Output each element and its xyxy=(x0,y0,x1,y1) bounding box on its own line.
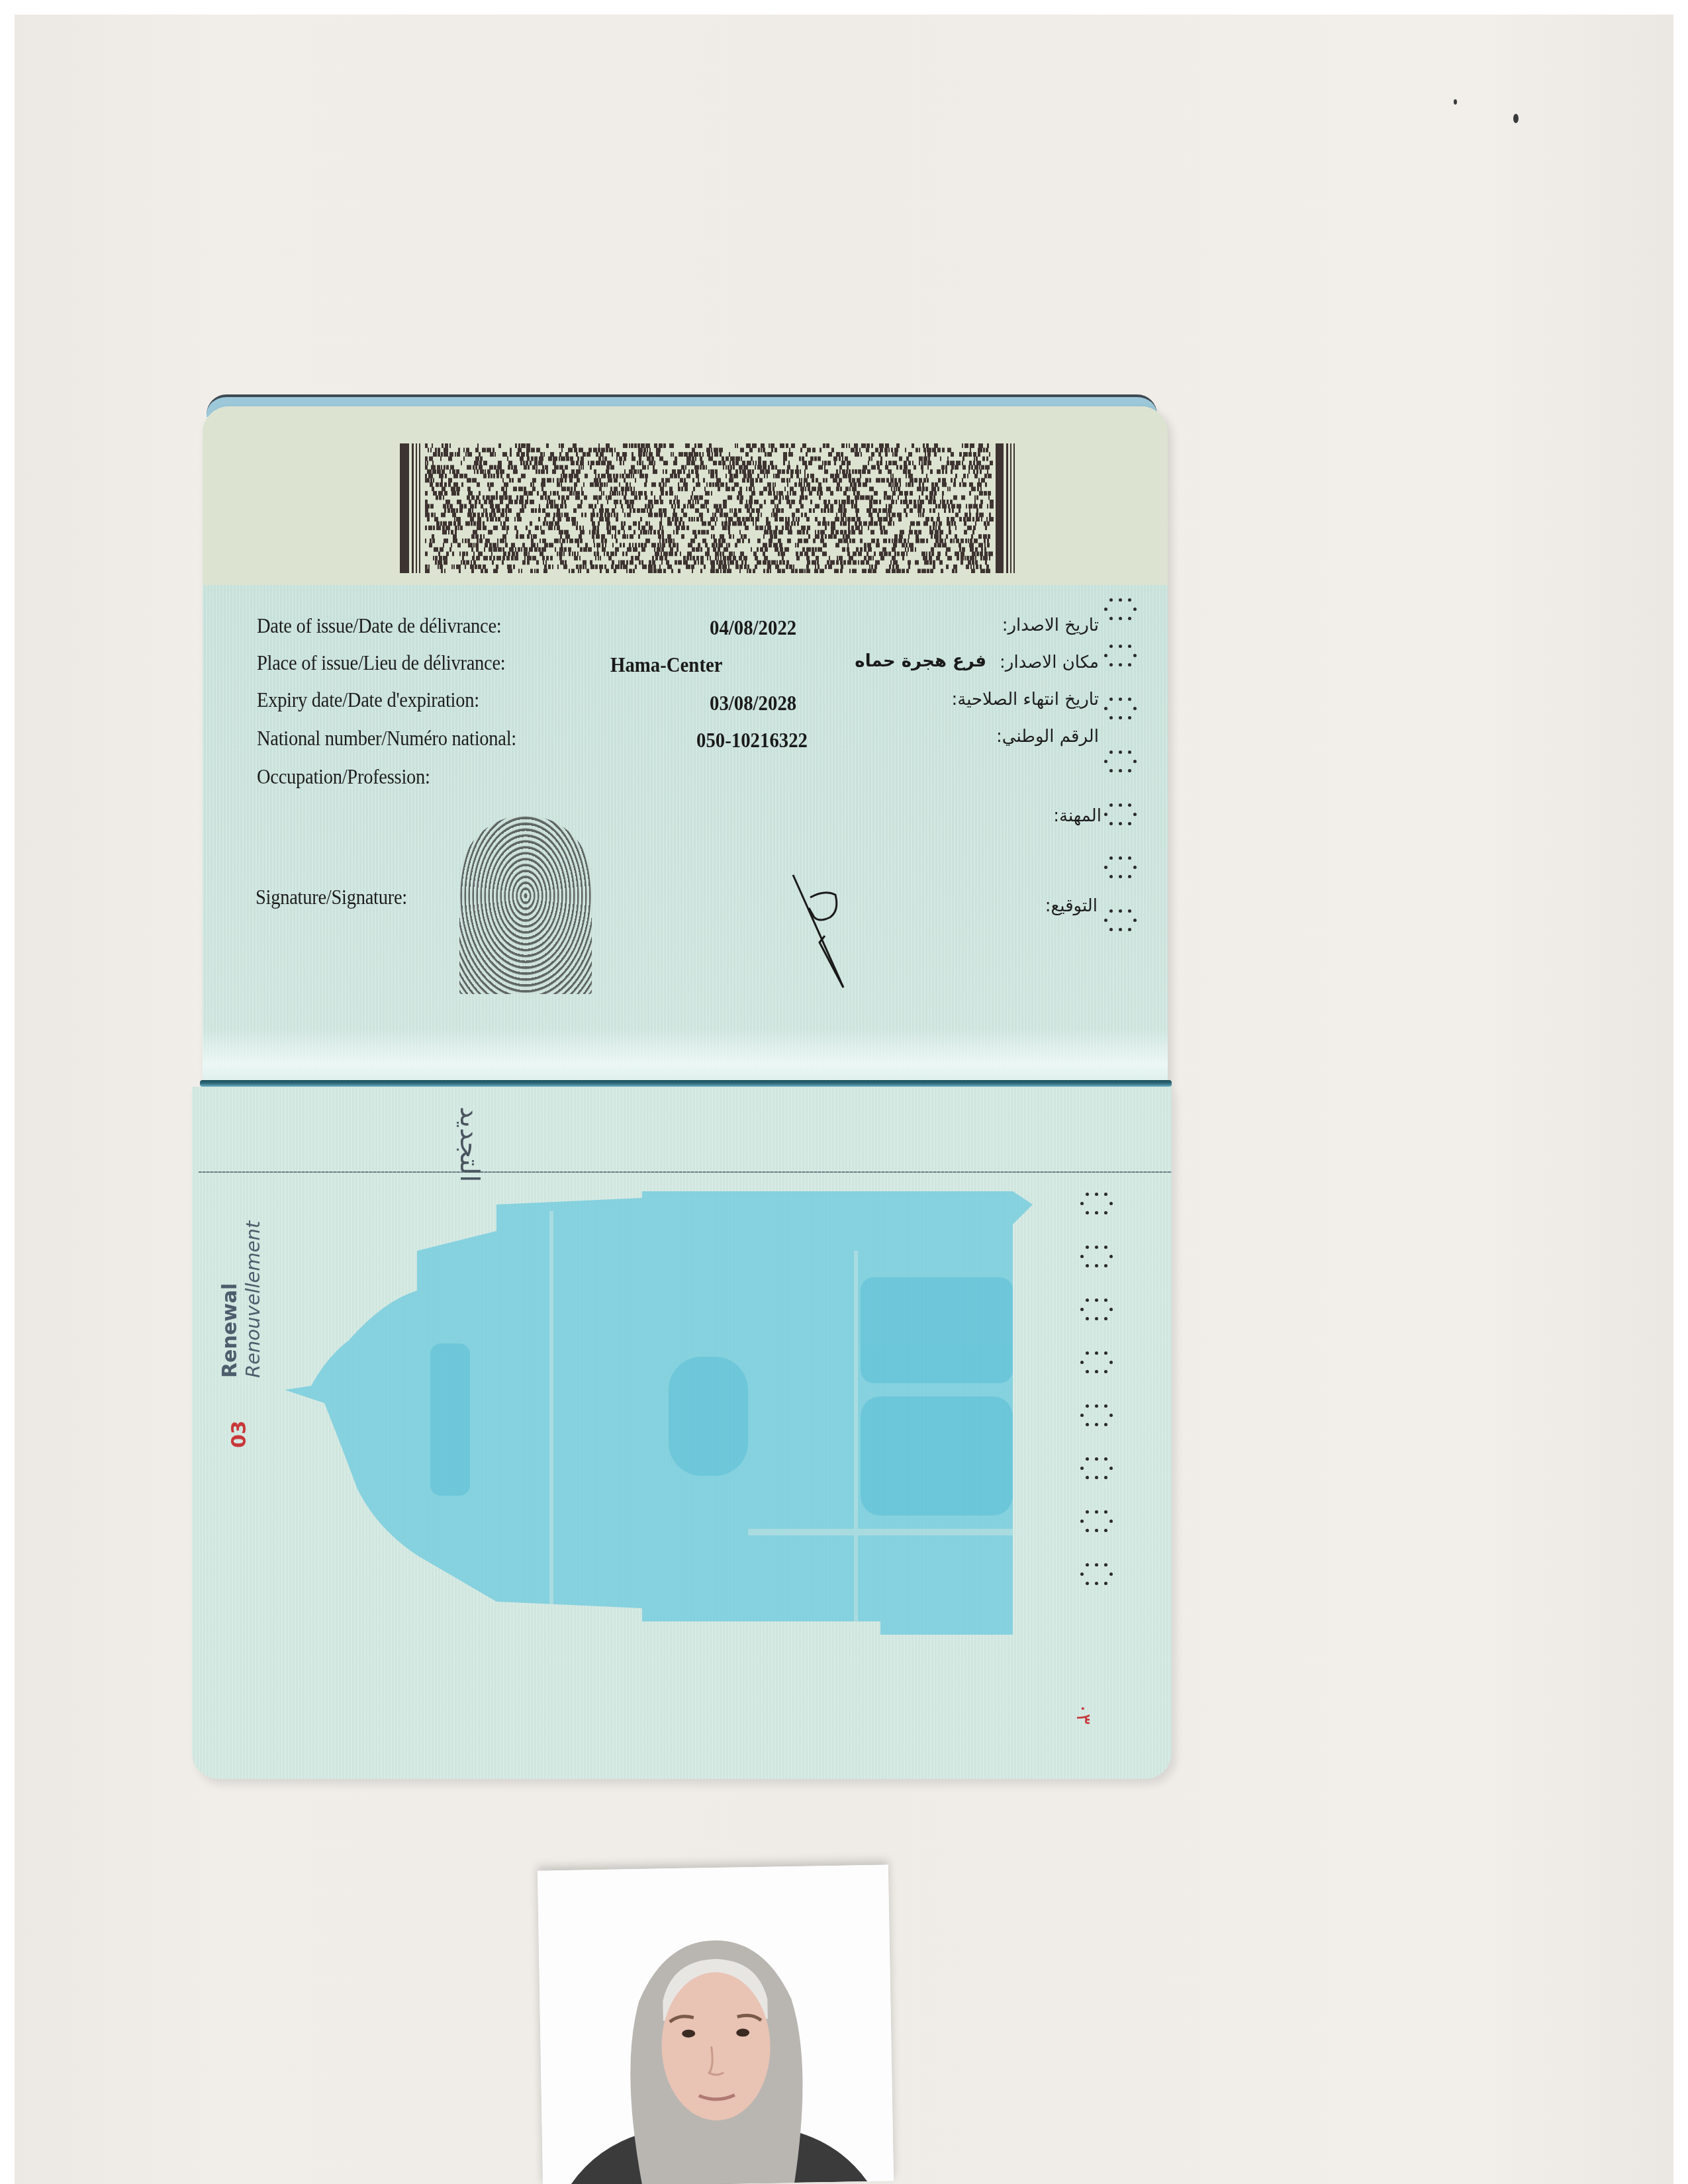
perforation-dot xyxy=(1133,919,1137,922)
perforation-dot xyxy=(1086,1264,1089,1267)
perforation-dot xyxy=(1095,1317,1098,1320)
perforation-dot xyxy=(1095,1211,1098,1214)
perforation-dot xyxy=(1095,1529,1098,1532)
perforation-dot xyxy=(1086,1193,1089,1196)
perforation-dot xyxy=(1095,1476,1098,1479)
perforation-dot xyxy=(1109,1414,1113,1417)
building-watermark xyxy=(285,1185,1039,1648)
renewal-title-fr: Renouvellement xyxy=(242,1221,264,1378)
perforation-dot xyxy=(1095,1298,1098,1302)
date-of-issue-label-ar: تاريخ الاصدار: xyxy=(1002,615,1099,635)
perforation-dot xyxy=(1104,1193,1107,1196)
perforation-dot xyxy=(1104,707,1107,710)
perforation-dot xyxy=(1119,928,1122,931)
expiry-date-label: Expiry date/Date d'expiration: xyxy=(257,688,479,712)
handwritten-signature xyxy=(785,870,858,1002)
perforation-dot xyxy=(1095,1563,1098,1567)
perforation-dot xyxy=(1128,875,1131,878)
perforation-dot xyxy=(1095,1423,1098,1426)
perforation-dot xyxy=(1104,1563,1107,1567)
perforation-dot xyxy=(1128,928,1131,931)
renewal-title-en: Renewal xyxy=(218,1221,242,1378)
perforation-dot xyxy=(1104,654,1107,657)
perforation-dot xyxy=(1086,1211,1089,1214)
perforation-dot xyxy=(1104,1457,1107,1461)
perforation-dot xyxy=(1109,1202,1113,1205)
perforation-dot xyxy=(1095,1264,1098,1267)
perforation-dot xyxy=(1086,1476,1089,1479)
perforation-dot xyxy=(1095,1510,1098,1514)
perforation-dot xyxy=(1109,875,1113,878)
perforation-dot xyxy=(1133,813,1137,816)
perforation-dot xyxy=(1109,698,1113,701)
date-of-issue-value: 04/08/2022 xyxy=(710,615,796,640)
renewal-title-ar: التجديد xyxy=(454,1107,485,1182)
perforation-dot xyxy=(1104,1246,1107,1249)
perforation-dot xyxy=(1128,663,1131,666)
perforation-dot xyxy=(1119,751,1122,754)
perforation-dot xyxy=(1095,1370,1098,1373)
perforation-dot xyxy=(1109,1255,1113,1258)
page-number-ar: ٠٣ xyxy=(1072,1703,1095,1724)
observations-page: Date of issue/Date de délivrance: 04/08/… xyxy=(203,406,1168,1088)
national-number-label-ar: الرقم الوطني: xyxy=(996,727,1099,747)
perforation-dot xyxy=(1086,1317,1089,1320)
perforation-dot xyxy=(1109,1361,1113,1364)
perforation-dot xyxy=(1086,1351,1089,1355)
perforation-dot xyxy=(1080,1467,1084,1470)
signature-label-ar: التوقيع: xyxy=(1045,896,1098,916)
perforation-dot xyxy=(1119,617,1122,620)
perforation-dot xyxy=(1104,813,1107,816)
perforation-dot xyxy=(1086,1423,1089,1426)
perforation-dot xyxy=(1095,1457,1098,1461)
perforation-dot xyxy=(1080,1308,1084,1311)
perforation-dot xyxy=(1133,707,1137,710)
passport-fold xyxy=(200,1080,1172,1087)
perforation-dot xyxy=(1104,1351,1107,1355)
perforation-dot xyxy=(1109,645,1113,648)
perforation-dot xyxy=(1086,1510,1089,1514)
perforation-dot xyxy=(1080,1255,1084,1258)
place-of-issue-value-ar: فرع هجرة حماه xyxy=(855,651,986,671)
perforation-dot xyxy=(1133,866,1137,869)
perforation-dot xyxy=(1128,698,1131,701)
perforation-dot xyxy=(1109,751,1113,754)
perforation-dot xyxy=(1086,1404,1089,1408)
perforation-dot xyxy=(1109,716,1113,719)
perforation-dot xyxy=(1104,760,1107,763)
perforation-dot xyxy=(1104,1298,1107,1302)
perforation-dot xyxy=(1104,1476,1107,1479)
perforation-dot xyxy=(1119,909,1122,913)
perforation-dot xyxy=(1086,1298,1089,1302)
perforation-dot xyxy=(1119,598,1122,602)
perforation-dot xyxy=(1104,1264,1107,1267)
perforation-dot xyxy=(1109,909,1113,913)
perforation-dot xyxy=(1095,1404,1098,1408)
perforation-dot xyxy=(1128,769,1131,772)
perforation-dot xyxy=(1128,598,1131,602)
perforation-dot xyxy=(1095,1193,1098,1196)
place-of-issue-label: Place of issue/Lieu de délivrance: xyxy=(257,651,505,675)
perforation-dot xyxy=(1104,1404,1107,1408)
perforation-dot xyxy=(1109,1520,1113,1523)
perforation-dot xyxy=(1095,1246,1098,1249)
microtext-line xyxy=(199,1171,1172,1173)
perforation-dot xyxy=(1104,1582,1107,1585)
perforation-dot xyxy=(1109,769,1113,772)
perforation-dot xyxy=(1119,769,1122,772)
perforation-dot xyxy=(1080,1361,1084,1364)
perforation-dot xyxy=(1128,645,1131,648)
perforation-dot xyxy=(1119,803,1122,807)
perforation-dot xyxy=(1104,1370,1107,1373)
perforation-dot xyxy=(1119,856,1122,860)
perforation-dot xyxy=(1086,1246,1089,1249)
perforation-dot xyxy=(1119,645,1122,648)
perforation-dot xyxy=(1128,856,1131,860)
perforation-dot xyxy=(1104,1510,1107,1514)
perforation-dot xyxy=(1119,698,1122,701)
perforation-dot xyxy=(1095,1351,1098,1355)
perforation-dot xyxy=(1119,716,1122,719)
perforation-dot xyxy=(1109,822,1113,825)
occupation-label: Occupation/Profession: xyxy=(257,765,430,789)
perforation-dot xyxy=(1080,1414,1084,1417)
expiry-date-label-ar: تاريخ انتهاء الصلاحية: xyxy=(951,690,1099,709)
perforation-dot xyxy=(1128,822,1131,825)
perforation-dot xyxy=(1104,919,1107,922)
perforation-dot xyxy=(1104,1529,1107,1532)
perforation-dot xyxy=(1109,663,1113,666)
perforation-dot xyxy=(1119,663,1122,666)
passport-booklet: Date of issue/Date de délivrance: 04/08/… xyxy=(192,394,1178,1779)
perforation-dot xyxy=(1109,803,1113,807)
perforation-dot xyxy=(1109,617,1113,620)
expiry-date-value: 03/08/2028 xyxy=(710,691,796,715)
perforation-dot xyxy=(1109,1308,1113,1311)
renewal-page: التجديد Renewal Renouvellement 03 ٠٣ xyxy=(192,1087,1172,1779)
perforation-dot xyxy=(1109,1467,1113,1470)
perforation-dot xyxy=(1119,822,1122,825)
perforation-dot xyxy=(1086,1529,1089,1532)
place-of-issue-label-ar: مكان الاصدار: xyxy=(1000,653,1099,672)
perforation-dot xyxy=(1095,1582,1098,1585)
signature-label: Signature/Signature: xyxy=(256,886,407,909)
perforation-dot xyxy=(1119,875,1122,878)
occupation-label-ar: المهنة: xyxy=(1053,806,1102,826)
perforation-dot xyxy=(1128,909,1131,913)
perforation-dot xyxy=(1104,1423,1107,1426)
perforation-dot xyxy=(1104,608,1107,611)
perforation-dot xyxy=(1128,716,1131,719)
laminate-gloss xyxy=(203,1028,1168,1088)
perforation-dot xyxy=(1104,1211,1107,1214)
perforation-dot xyxy=(1080,1202,1084,1205)
perforation-dot xyxy=(1104,866,1107,869)
perforation-dot xyxy=(1104,1317,1107,1320)
perforation-dot xyxy=(1128,803,1131,807)
perforation-dot xyxy=(1109,928,1113,931)
perforation-dot xyxy=(1109,1572,1113,1576)
perforation-dot xyxy=(1133,760,1137,763)
perforation-dot xyxy=(1128,617,1131,620)
page-number: 03 xyxy=(228,1420,251,1448)
place-of-issue-value: Hama-Center xyxy=(610,653,723,677)
dust-speck xyxy=(1513,114,1519,123)
fingerprint-image xyxy=(459,815,592,994)
perforation-dot xyxy=(1086,1457,1089,1461)
perforation-dot xyxy=(1133,654,1137,657)
perforation-dot xyxy=(1080,1572,1084,1576)
national-number-value: 050-10216322 xyxy=(696,728,808,752)
perforation-dot xyxy=(1080,1520,1084,1523)
dust-speck xyxy=(1454,99,1457,105)
portrait-image xyxy=(538,1864,894,2184)
id-photo xyxy=(538,1864,894,2184)
national-number-label: National number/Numéro national: xyxy=(257,727,516,751)
perforation-dot xyxy=(1109,856,1113,860)
perforation-dot xyxy=(1086,1582,1089,1585)
perforation-dot xyxy=(1109,598,1113,602)
renewal-titles: Renewal Renouvellement xyxy=(218,1221,264,1378)
pdf417-barcode xyxy=(400,443,1017,573)
date-of-issue-label: Date of issue/Date de délivrance: xyxy=(257,614,501,638)
perforation-dot xyxy=(1086,1370,1089,1373)
perforation-dot xyxy=(1128,751,1131,754)
perforation-dot xyxy=(1086,1563,1089,1567)
perforation-dot xyxy=(1133,608,1137,611)
